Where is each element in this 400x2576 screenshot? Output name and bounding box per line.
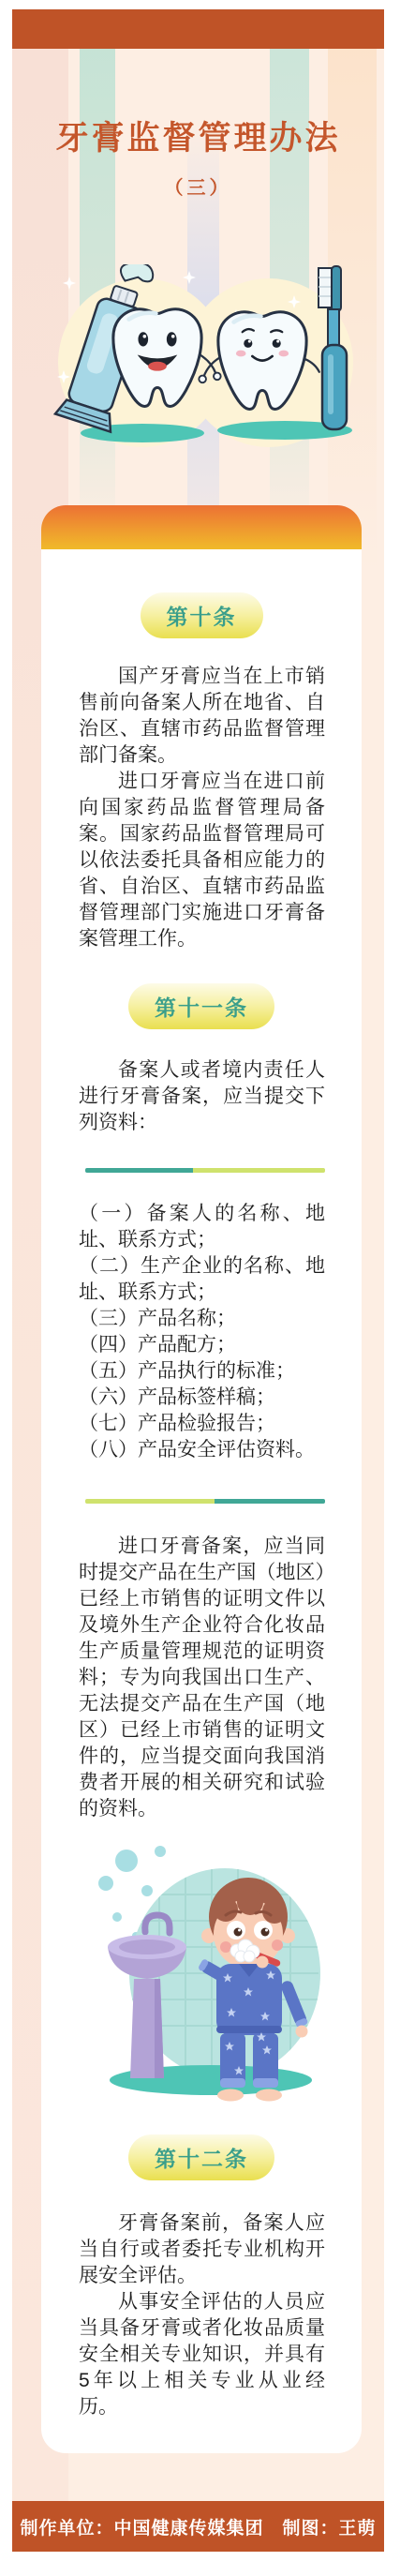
list-item: （六）产品标签样稿； [79, 1385, 325, 1411]
article-12-badge-row: 第十二条 [41, 2134, 362, 2180]
article-10-badge: 第十条 [141, 592, 263, 638]
infographic-page: 牙膏监督管理办法 （三） [0, 0, 400, 2576]
paragraph: 备案人或者境内责任人进行牙膏备案，应当提交下列资料： [79, 1057, 325, 1136]
article-11-badge: 第十一条 [128, 983, 274, 1029]
teeth-characters-illustration [49, 264, 353, 452]
boy-brushing-teeth-illustration [89, 1842, 323, 2114]
list-item: （三）产品名称； [79, 1306, 325, 1332]
divider-green-teal [85, 1499, 325, 1504]
list-item: （七）产品检验报告； [79, 1411, 325, 1437]
paragraph: 进口牙膏应当在进口前向国家药品监督管理局备案。国家药品监督管理局可以依法委托具备… [79, 769, 325, 952]
footer-credits-bar: 制作单位：中国健康传媒集团 制图：王萌 [12, 2501, 384, 2552]
divider-teal-green [85, 1168, 325, 1173]
paragraph: 牙膏备案前，备案人应当自行或者委托专业机构开展安全评估。 [79, 2210, 325, 2289]
article-10-badge-row: 第十条 [41, 592, 362, 638]
paragraph: 进口牙膏备案，应当同时提交产品在生产国（地区）已经上市销售的证明文件以及境外生产… [79, 1534, 325, 1822]
page-title: 牙膏监督管理办法 [12, 112, 384, 159]
article-10-text: 国产牙膏应当在上市销售前向备案人所在地省、自治区、直辖市药品监督管理部门备案。 … [79, 664, 325, 952]
list-item: （二）生产企业的名称、地址、联系方式； [79, 1253, 325, 1306]
paragraph: 从事安全评估的人员应当具备牙膏或者化妆品质量安全相关专业知识，并具有5年以上相关… [79, 2289, 325, 2420]
list-item: （四）产品配方； [79, 1332, 325, 1358]
paragraph: 国产牙膏应当在上市销售前向备案人所在地省、自治区、直辖市药品监督管理部门备案。 [79, 664, 325, 769]
list-item: （五）产品执行的标准； [79, 1358, 325, 1385]
page-subtitle: （三） [12, 172, 384, 200]
list-item: （八）产品安全评估资料。 [79, 1437, 325, 1463]
article-12-text: 牙膏备案前，备案人应当自行或者委托专业机构开展安全评估。 从事安全评估的人员应当… [79, 2210, 325, 2420]
article-11-list: （一）备案人的名称、地址、联系方式； （二）生产企业的名称、地址、联系方式； （… [79, 1201, 325, 1463]
top-banner-bar [12, 9, 384, 49]
footer-credits-text: 制作单位：中国健康传媒集团 制图：王萌 [20, 2514, 376, 2539]
article-11-import-text: 进口牙膏备案，应当同时提交产品在生产国（地区）已经上市销售的证明文件以及境外生产… [79, 1534, 325, 1822]
card-header-band [41, 505, 362, 549]
article-11-intro: 备案人或者境内责任人进行牙膏备案，应当提交下列资料： [79, 1057, 325, 1136]
list-item: （一）备案人的名称、地址、联系方式； [79, 1201, 325, 1253]
article-12-badge: 第十二条 [128, 2134, 274, 2180]
article-11-badge-row: 第十一条 [41, 983, 362, 1029]
